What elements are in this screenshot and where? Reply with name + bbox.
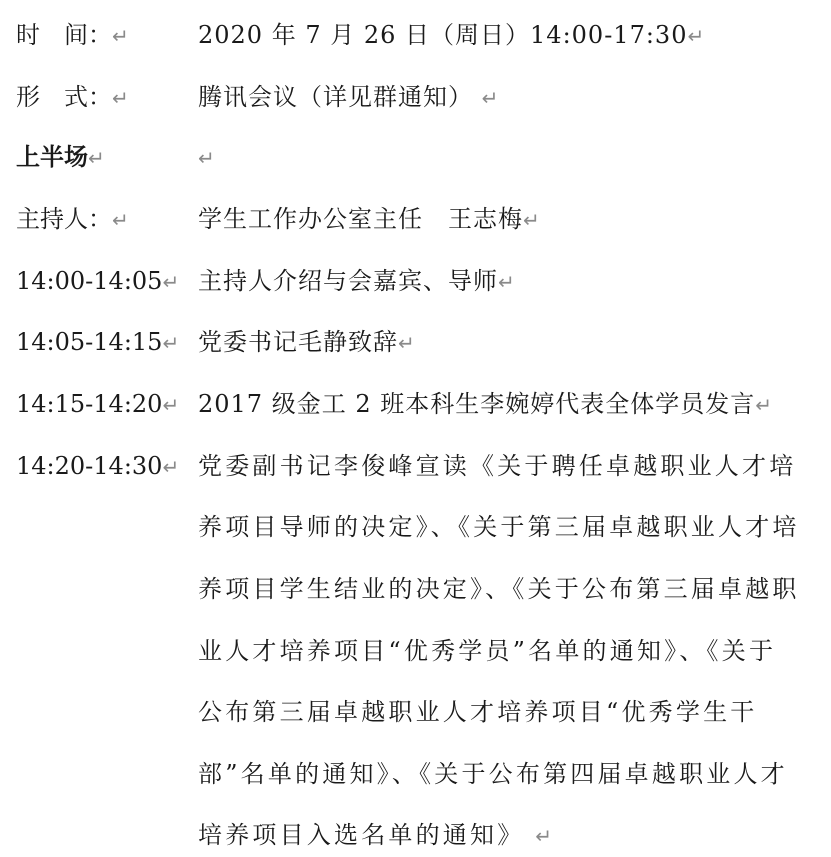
time-range: 14:20-14:30↵ <box>16 446 179 487</box>
agenda-item: 2017 级金工 2 班本科生李婉婷代表全体学员发言↵ <box>198 384 773 425</box>
agenda-item-continuation: 培养项目入选名单的通知》 ↵ <box>198 815 555 855</box>
agenda-item: 党委副书记李俊峰宣读《关于聘任卓越职业人才培 <box>198 446 796 486</box>
time-range: 14:05-14:15↵ <box>16 322 179 363</box>
agenda-item: 党委书记毛静致辞↵ <box>198 322 416 363</box>
section-title: 上半场↵ <box>16 137 105 178</box>
paragraph-mark-icon: ↵ <box>112 208 129 232</box>
schedule-row-item: 14:20-14:30↵ 党委副书记李俊峰宣读《关于聘任卓越职业人才培 <box>0 446 831 486</box>
agenda-item-continuation: 养项目学生结业的决定》、《关于公布第三届卓越职 <box>198 569 800 609</box>
row-value: 腾讯会议（详见群通知） ↵ <box>198 77 499 118</box>
paragraph-mark-icon: ↵ <box>755 393 773 417</box>
row-label: 形 式：↵ <box>16 77 129 118</box>
paragraph-mark-icon: ↵ <box>88 146 105 170</box>
paragraph-mark-icon: ↵ <box>398 331 416 355</box>
schedule-row-host: 主持人：↵ 学生工作办公室主任 王志梅↵ <box>0 199 831 239</box>
paragraph-mark-icon: ↵ <box>482 86 500 110</box>
agenda-item-continuation: 养项目导师的决定》、《关于第三届卓越职业人才培 <box>198 507 800 547</box>
agenda-item: 主持人介绍与会嘉宾、导师↵ <box>198 261 516 302</box>
schedule-row-item: 14:05-14:15↵ 党委书记毛静致辞↵ <box>0 322 831 362</box>
row-value: 学生工作办公室主任 王志梅↵ <box>198 199 541 240</box>
section-heading-first-half: 上半场↵ ↵ <box>0 137 831 177</box>
agenda-item-continuation: 公布第三届卓越职业人才培养项目“优秀学生干 <box>198 692 757 732</box>
paragraph-mark-icon: ↵ <box>198 146 216 170</box>
paragraph-mark-icon: ↵ <box>162 455 179 479</box>
schedule-row-item: 14:15-14:20↵ 2017 级金工 2 班本科生李婉婷代表全体学员发言↵ <box>0 384 831 424</box>
paragraph-mark-icon: ↵ <box>523 208 541 232</box>
row-value: 2020 年 7 月 26 日（周日）14:00-17:30↵ <box>198 15 705 56</box>
document-page: 时 间：↵ 2020 年 7 月 26 日（周日）14:00-17:30↵ 形 … <box>0 0 831 857</box>
paragraph-mark-icon: ↵ <box>687 24 705 48</box>
schedule-row-format: 形 式：↵ 腾讯会议（详见群通知） ↵ <box>0 77 831 117</box>
row-label: 时 间：↵ <box>16 15 129 56</box>
agenda-item-continuation: 部”名单的通知》、《关于公布第四届卓越职业人才 <box>198 754 788 794</box>
time-range: 14:00-14:05↵ <box>16 261 179 302</box>
paragraph-mark-icon: ↵ <box>162 270 179 294</box>
row-value: ↵ <box>198 137 216 178</box>
paragraph-mark-icon: ↵ <box>498 270 516 294</box>
schedule-row-time: 时 间：↵ 2020 年 7 月 26 日（周日）14:00-17:30↵ <box>0 15 831 55</box>
paragraph-mark-icon: ↵ <box>162 331 179 355</box>
paragraph-mark-icon: ↵ <box>162 393 179 417</box>
paragraph-mark-icon: ↵ <box>535 824 555 848</box>
paragraph-mark-icon: ↵ <box>112 24 129 48</box>
paragraph-mark-icon: ↵ <box>112 86 129 110</box>
schedule-row-item: 14:00-14:05↵ 主持人介绍与会嘉宾、导师↵ <box>0 261 831 301</box>
row-label: 主持人：↵ <box>16 199 129 240</box>
time-range: 14:15-14:20↵ <box>16 384 179 425</box>
agenda-item-continuation: 业人才培养项目“优秀学员”名单的通知》、《关于 <box>198 631 776 671</box>
